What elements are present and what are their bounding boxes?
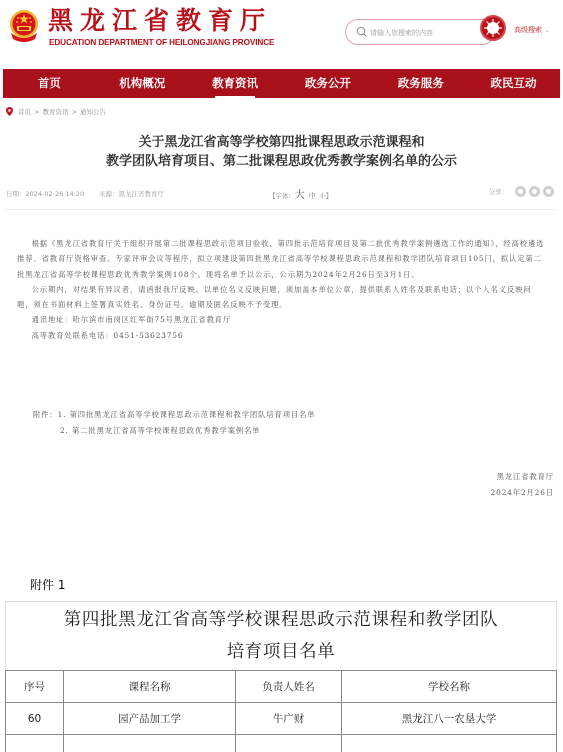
cell-school: 黑龙江八一农垦大学 [342, 703, 557, 735]
search-box [345, 19, 495, 45]
table-title-line-2: 培育项目名单 [6, 636, 556, 668]
meta-divider [6, 209, 556, 210]
snowflake-icon [482, 17, 504, 39]
nav-item-government-services[interactable]: 政务服务 [374, 69, 467, 98]
search-icon [356, 26, 368, 38]
table-header-row: 序号 课程名称 负责人姓名 学校名称 [6, 671, 557, 703]
signoff-organization: 黑龙江省教育厅 [491, 469, 554, 485]
font-size-label: 【字体: [269, 192, 291, 200]
share-wechat-icon[interactable] [515, 186, 526, 197]
site-logo-subtitle: EDUCATION DEPARTMENT OF HEILONGJIANG PRO… [49, 38, 274, 47]
attachment-1-table: 第四批黑龙江省高等学校课程思政示范课程和教学团队 培育项目名单 序号 课程名称 … [5, 601, 557, 752]
article-address: 通讯地址：哈尔滨市南岗区红军街75号黑龙江省教育厅 [17, 312, 547, 327]
breadcrumb-home[interactable]: 首页 [18, 107, 31, 116]
nav-item-home[interactable]: 首页 [3, 69, 96, 98]
breadcrumb-separator: > [34, 108, 39, 116]
attachment-1-table-title: 第四批黑龙江省高等学校课程思政示范课程和教学团队 培育项目名单 [5, 601, 557, 670]
breadcrumb-separator: > [71, 108, 76, 116]
article-paragraph: 根据《黑龙江省教育厅关于组织开展第二批课程思政示范项目验收、第四批示范培育项目及… [17, 236, 547, 282]
site-logo-title[interactable]: 黑龙江省教育厅 [48, 7, 272, 35]
article-body: 根据《黑龙江省教育厅关于组织开展第二批课程思政示范项目验收、第四批示范培育项目及… [17, 236, 547, 343]
chevron-down-icon: ⌄ [545, 27, 550, 34]
cell-index: 60 [6, 703, 64, 735]
attachments-label: 附件： [33, 410, 58, 419]
signoff: 黑龙江省教育厅 2024年2月26日 [491, 469, 554, 501]
nav-item-education-news[interactable]: 教育资讯 [189, 69, 282, 98]
column-header-school: 学校名称 [342, 671, 557, 703]
share-bar: 分享： [489, 186, 555, 197]
share-weibo-icon[interactable] [529, 186, 540, 197]
article-title: 关于黑龙江省高等学校第四批课程思政示范课程和 教学团队培育项目、第二批课程思政优… [0, 133, 563, 171]
advanced-search-label: 高级搜索 [514, 26, 542, 34]
nav-item-public-interaction[interactable]: 政民互动 [467, 69, 560, 98]
national-emblem-icon [8, 9, 40, 43]
attachment-link-2[interactable]: 2. 第二批黑龙江省高等学校课程思政优秀教学案例名单 [60, 426, 261, 435]
share-label: 分享： [489, 187, 509, 196]
article-title-line-1: 关于黑龙江省高等学校第四批课程思政示范课程和 [0, 133, 563, 152]
font-size-medium[interactable]: 中 [309, 192, 316, 200]
search-button[interactable] [480, 15, 506, 41]
cell-empty [342, 735, 557, 752]
attachment-link-1[interactable]: 1. 第四批黑龙江省高等学校课程思政示范课程和教学团队培育项目名单 [58, 410, 316, 419]
article-date: 日期：2024-02-26 14:20 [6, 189, 84, 198]
article-paragraph: 公示期内，对结果有异议者，请函报我厅反映。以单位名义反映问题，须加盖本单位公章，… [17, 282, 547, 313]
column-header-lead: 负责人姓名 [236, 671, 342, 703]
cell-lead: 牛广财 [236, 703, 342, 735]
article-meta: 日期：2024-02-26 14:20 来源：黑龙江省教育厅 【字体:大中小】 … [6, 185, 558, 201]
location-pin-icon [6, 107, 13, 116]
attachment-1-label: 附件 1 [30, 576, 65, 593]
breadcrumb-notices[interactable]: 通知公告 [80, 107, 106, 116]
signoff-date: 2024年2月26日 [491, 485, 554, 501]
cell-course: 园产品加工学 [64, 703, 236, 735]
cell-empty [6, 735, 64, 752]
article-phone: 高等教育处联系电话：0451-53623756 [17, 328, 547, 343]
cell-empty [236, 735, 342, 752]
attachment-list: 附件：1. 第四批黑龙江省高等学校课程思政示范课程和教学团队培育项目名单 2. … [33, 407, 315, 438]
nav-item-government-affairs[interactable]: 政务公开 [281, 69, 374, 98]
search-input[interactable] [370, 24, 480, 41]
font-size-close: 】 [326, 192, 333, 200]
article-title-line-2: 教学团队培育项目、第二批课程思政优秀教学案例名单的公示 [0, 152, 563, 171]
project-list-table: 序号 课程名称 负责人姓名 学校名称 60 园产品加工学 牛广财 黑龙江八一农垦… [5, 670, 557, 752]
nav-item-organization[interactable]: 机构概况 [96, 69, 189, 98]
column-header-index: 序号 [6, 671, 64, 703]
column-header-course: 课程名称 [64, 671, 236, 703]
font-size-large[interactable]: 大 [295, 190, 305, 201]
breadcrumb-education-news[interactable]: 教育资讯 [42, 107, 68, 116]
share-qzone-icon[interactable] [543, 186, 554, 197]
font-size-control: 【字体:大中小】 [269, 186, 332, 201]
article-source: 来源：黑龙江省教育厅 [99, 189, 164, 198]
site-header: 黑龙江省教育厅 EDUCATION DEPARTMENT OF HEILONGJ… [0, 0, 563, 60]
table-title-line-1: 第四批黑龙江省高等学校课程思政示范课程和教学团队 [6, 604, 556, 636]
table-row-partial [6, 735, 557, 752]
table-row: 60 园产品加工学 牛广财 黑龙江八一农垦大学 [6, 703, 557, 735]
breadcrumb: 首页 > 教育资讯 > 通知公告 [6, 107, 106, 116]
advanced-search-link[interactable]: 高级搜索⌄ [514, 25, 550, 35]
cell-empty [64, 735, 236, 752]
main-nav: 首页 机构概况 教育资讯 政务公开 政务服务 政民互动 [3, 69, 560, 98]
